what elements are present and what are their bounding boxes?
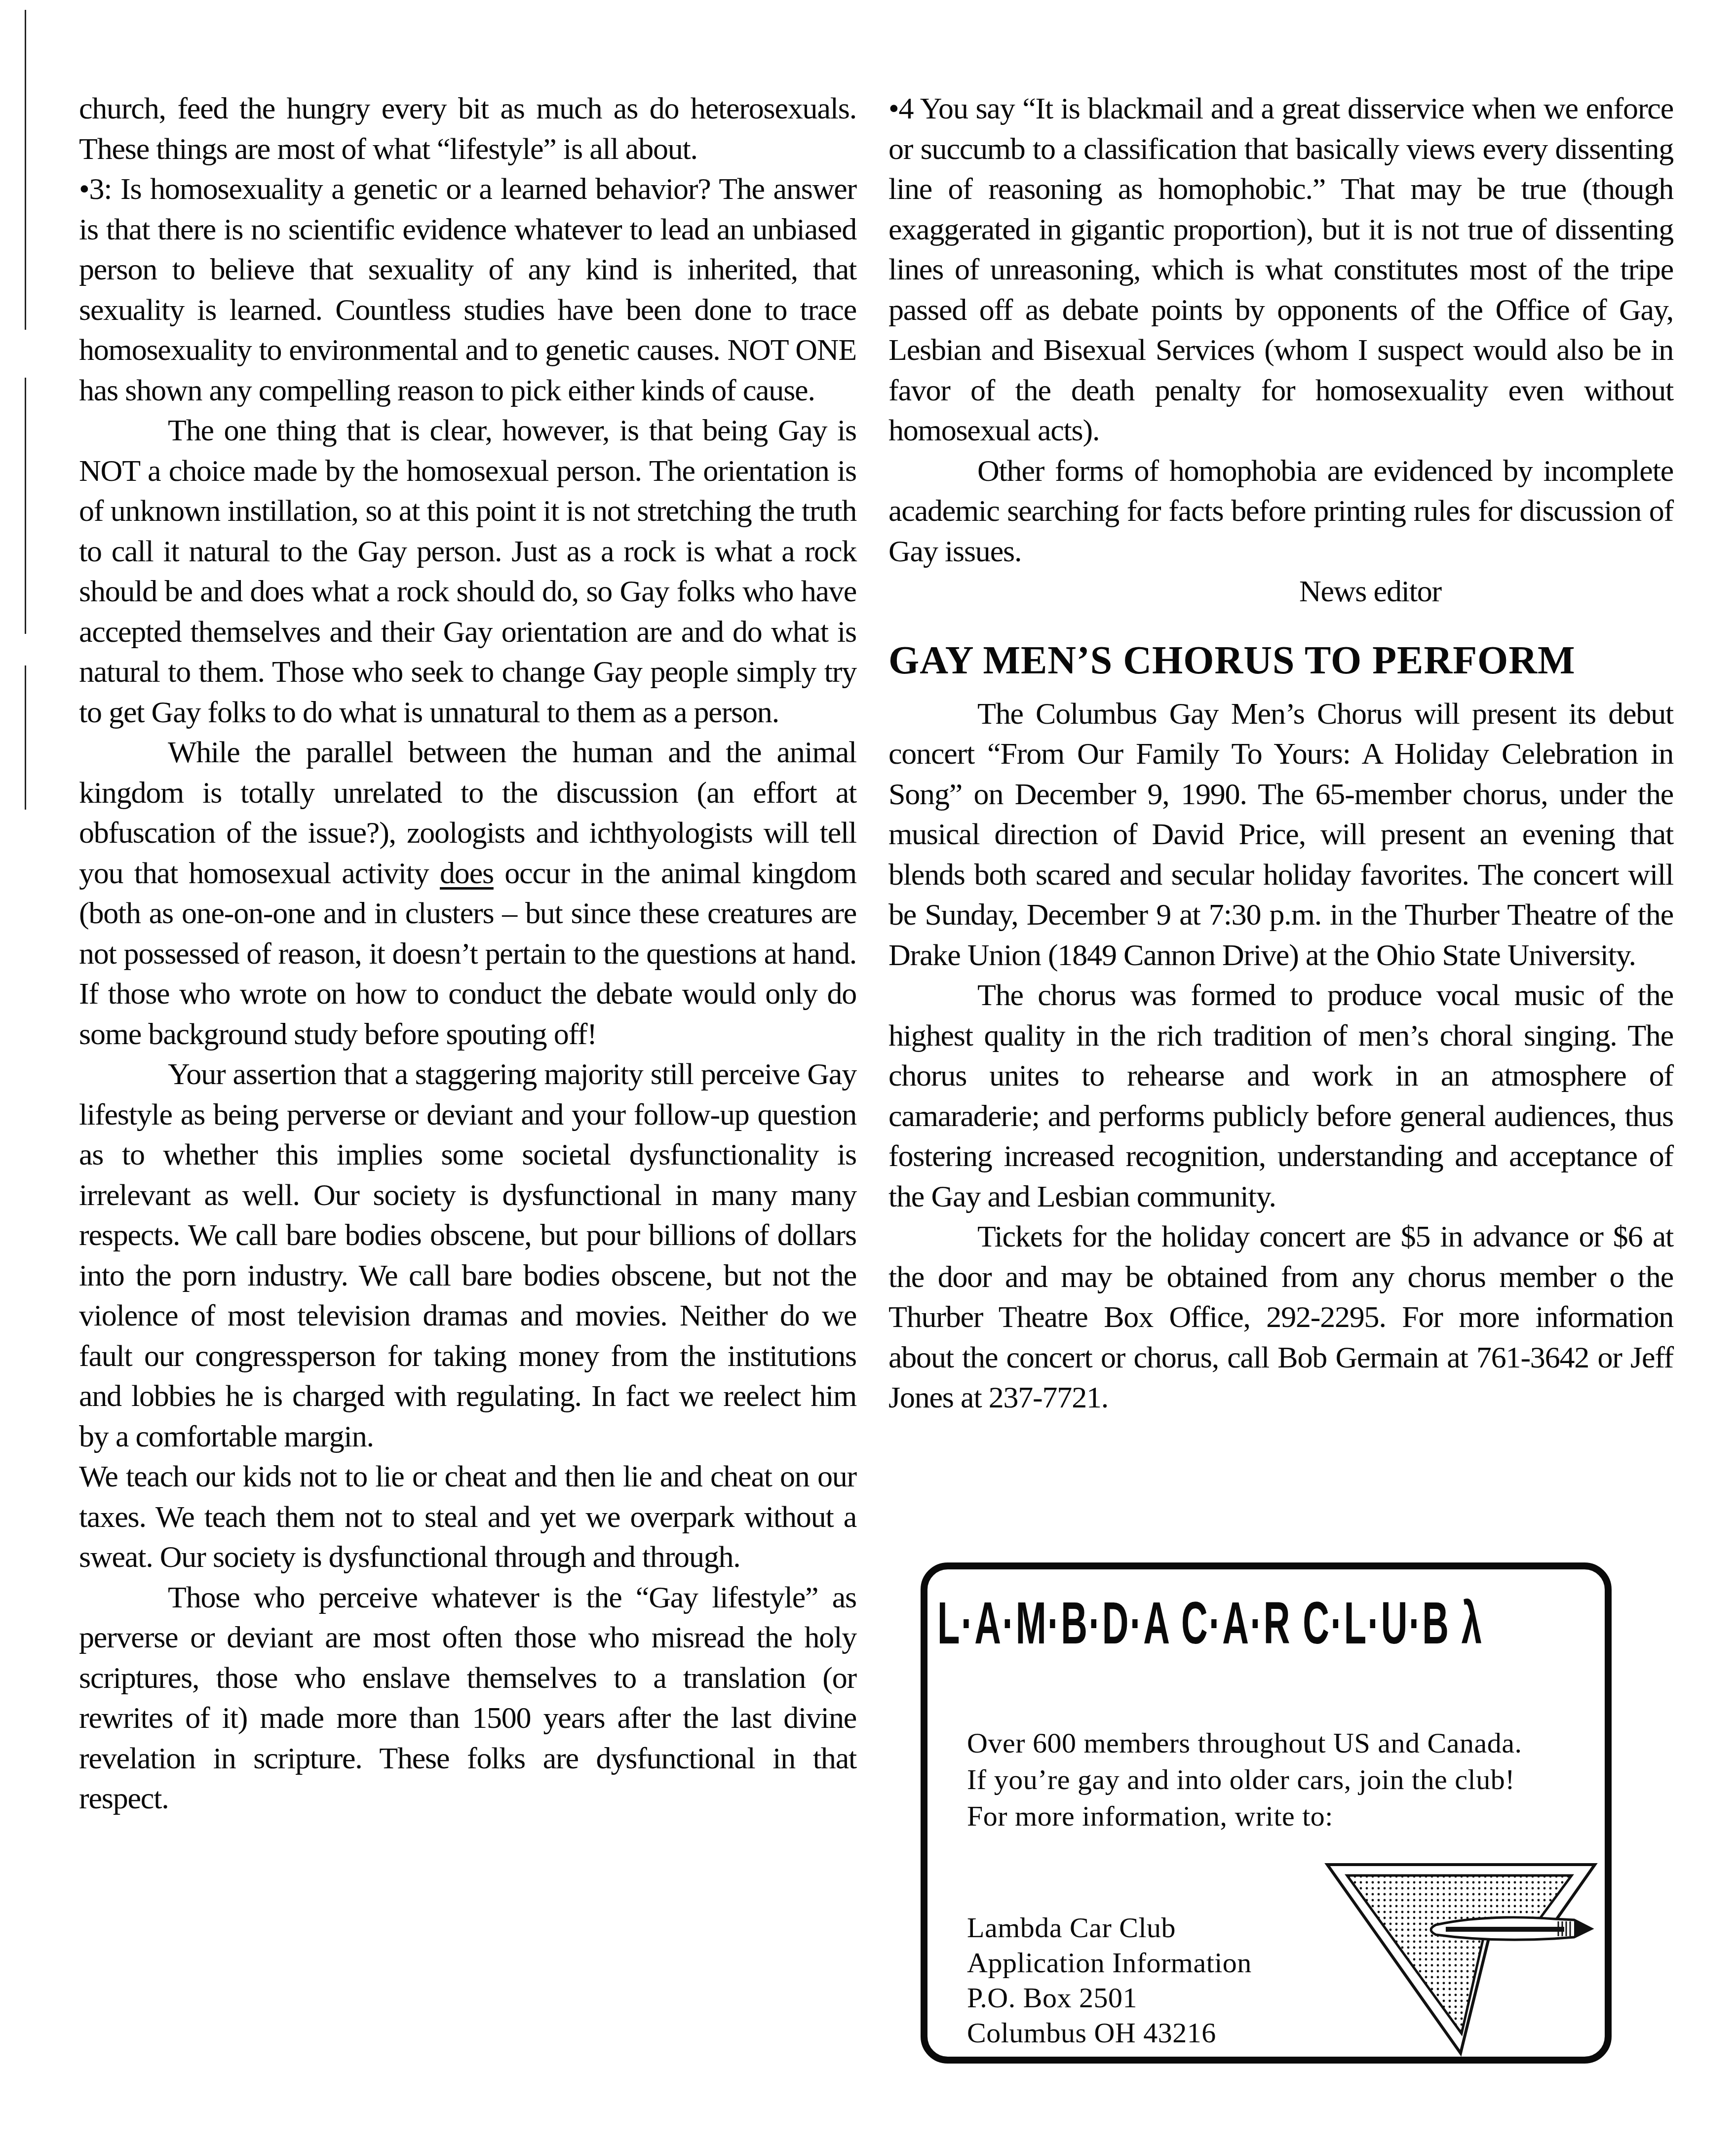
ad-title: L·A·M·B·D·A C·A·R C·L·U·B λ (937, 1589, 1350, 1657)
lambda-triangle-rocket-logo-icon (1322, 1856, 1599, 2063)
ad-address: Lambda Car Club Application Information … (967, 1910, 1312, 2050)
paragraph-animal-kingdom: While the parallel between the human and… (79, 733, 856, 1054)
paragraph-question-3: •3: Is homosexuality a genetic or a lear… (79, 169, 856, 411)
ad-address-line: Columbus OH 43216 (967, 2015, 1312, 2050)
article-paragraph: Tickets for the holiday concert are $5 i… (888, 1217, 1673, 1418)
ad-address-line: Application Information (967, 1945, 1312, 1980)
paragraph: Your assertion that a staggering majorit… (79, 1054, 856, 1457)
right-column: •4 You say “It is blackmail and a great … (888, 89, 1673, 1418)
lambda-car-club-ad: L·A·M·B·D·A C·A·R C·L·U·B λ Over 600 mem… (921, 1562, 1612, 2064)
paragraph: Other forms of homophobia are evidenced … (888, 451, 1673, 572)
scan-margin-rule (25, 10, 26, 810)
ad-address-line: Lambda Car Club (967, 1910, 1312, 1945)
ad-address-line: P.O. Box 2501 (967, 1980, 1312, 2015)
article-paragraph: The chorus was formed to produce vocal m… (888, 975, 1673, 1217)
ad-body-line: For more information, write to: (967, 1798, 1599, 1834)
ad-body: Over 600 members throughout US and Canad… (967, 1725, 1599, 1834)
article-paragraph: The Columbus Gay Men’s Chorus will prese… (888, 694, 1673, 976)
ad-body-line: Over 600 members throughout US and Canad… (967, 1725, 1599, 1761)
paragraph-question-4: •4 You say “It is blackmail and a great … (888, 89, 1673, 451)
ad-body-line: If you’re gay and into older cars, join … (967, 1761, 1599, 1798)
paragraph: We teach our kids not to lie or cheat an… (79, 1457, 856, 1578)
paragraph: The one thing that is clear, however, is… (79, 411, 856, 733)
underlined-emphasis: does (440, 857, 494, 890)
left-column: church, feed the hungry every bit as muc… (79, 89, 856, 1819)
signoff: News editor (888, 572, 1673, 612)
paragraph: Those who perceive whatever is the “Gay … (79, 1578, 856, 1819)
article-headline: GAY MEN’S CHORUS TO PERFORM (888, 636, 1673, 685)
paragraph: church, feed the hungry every bit as muc… (79, 89, 856, 169)
